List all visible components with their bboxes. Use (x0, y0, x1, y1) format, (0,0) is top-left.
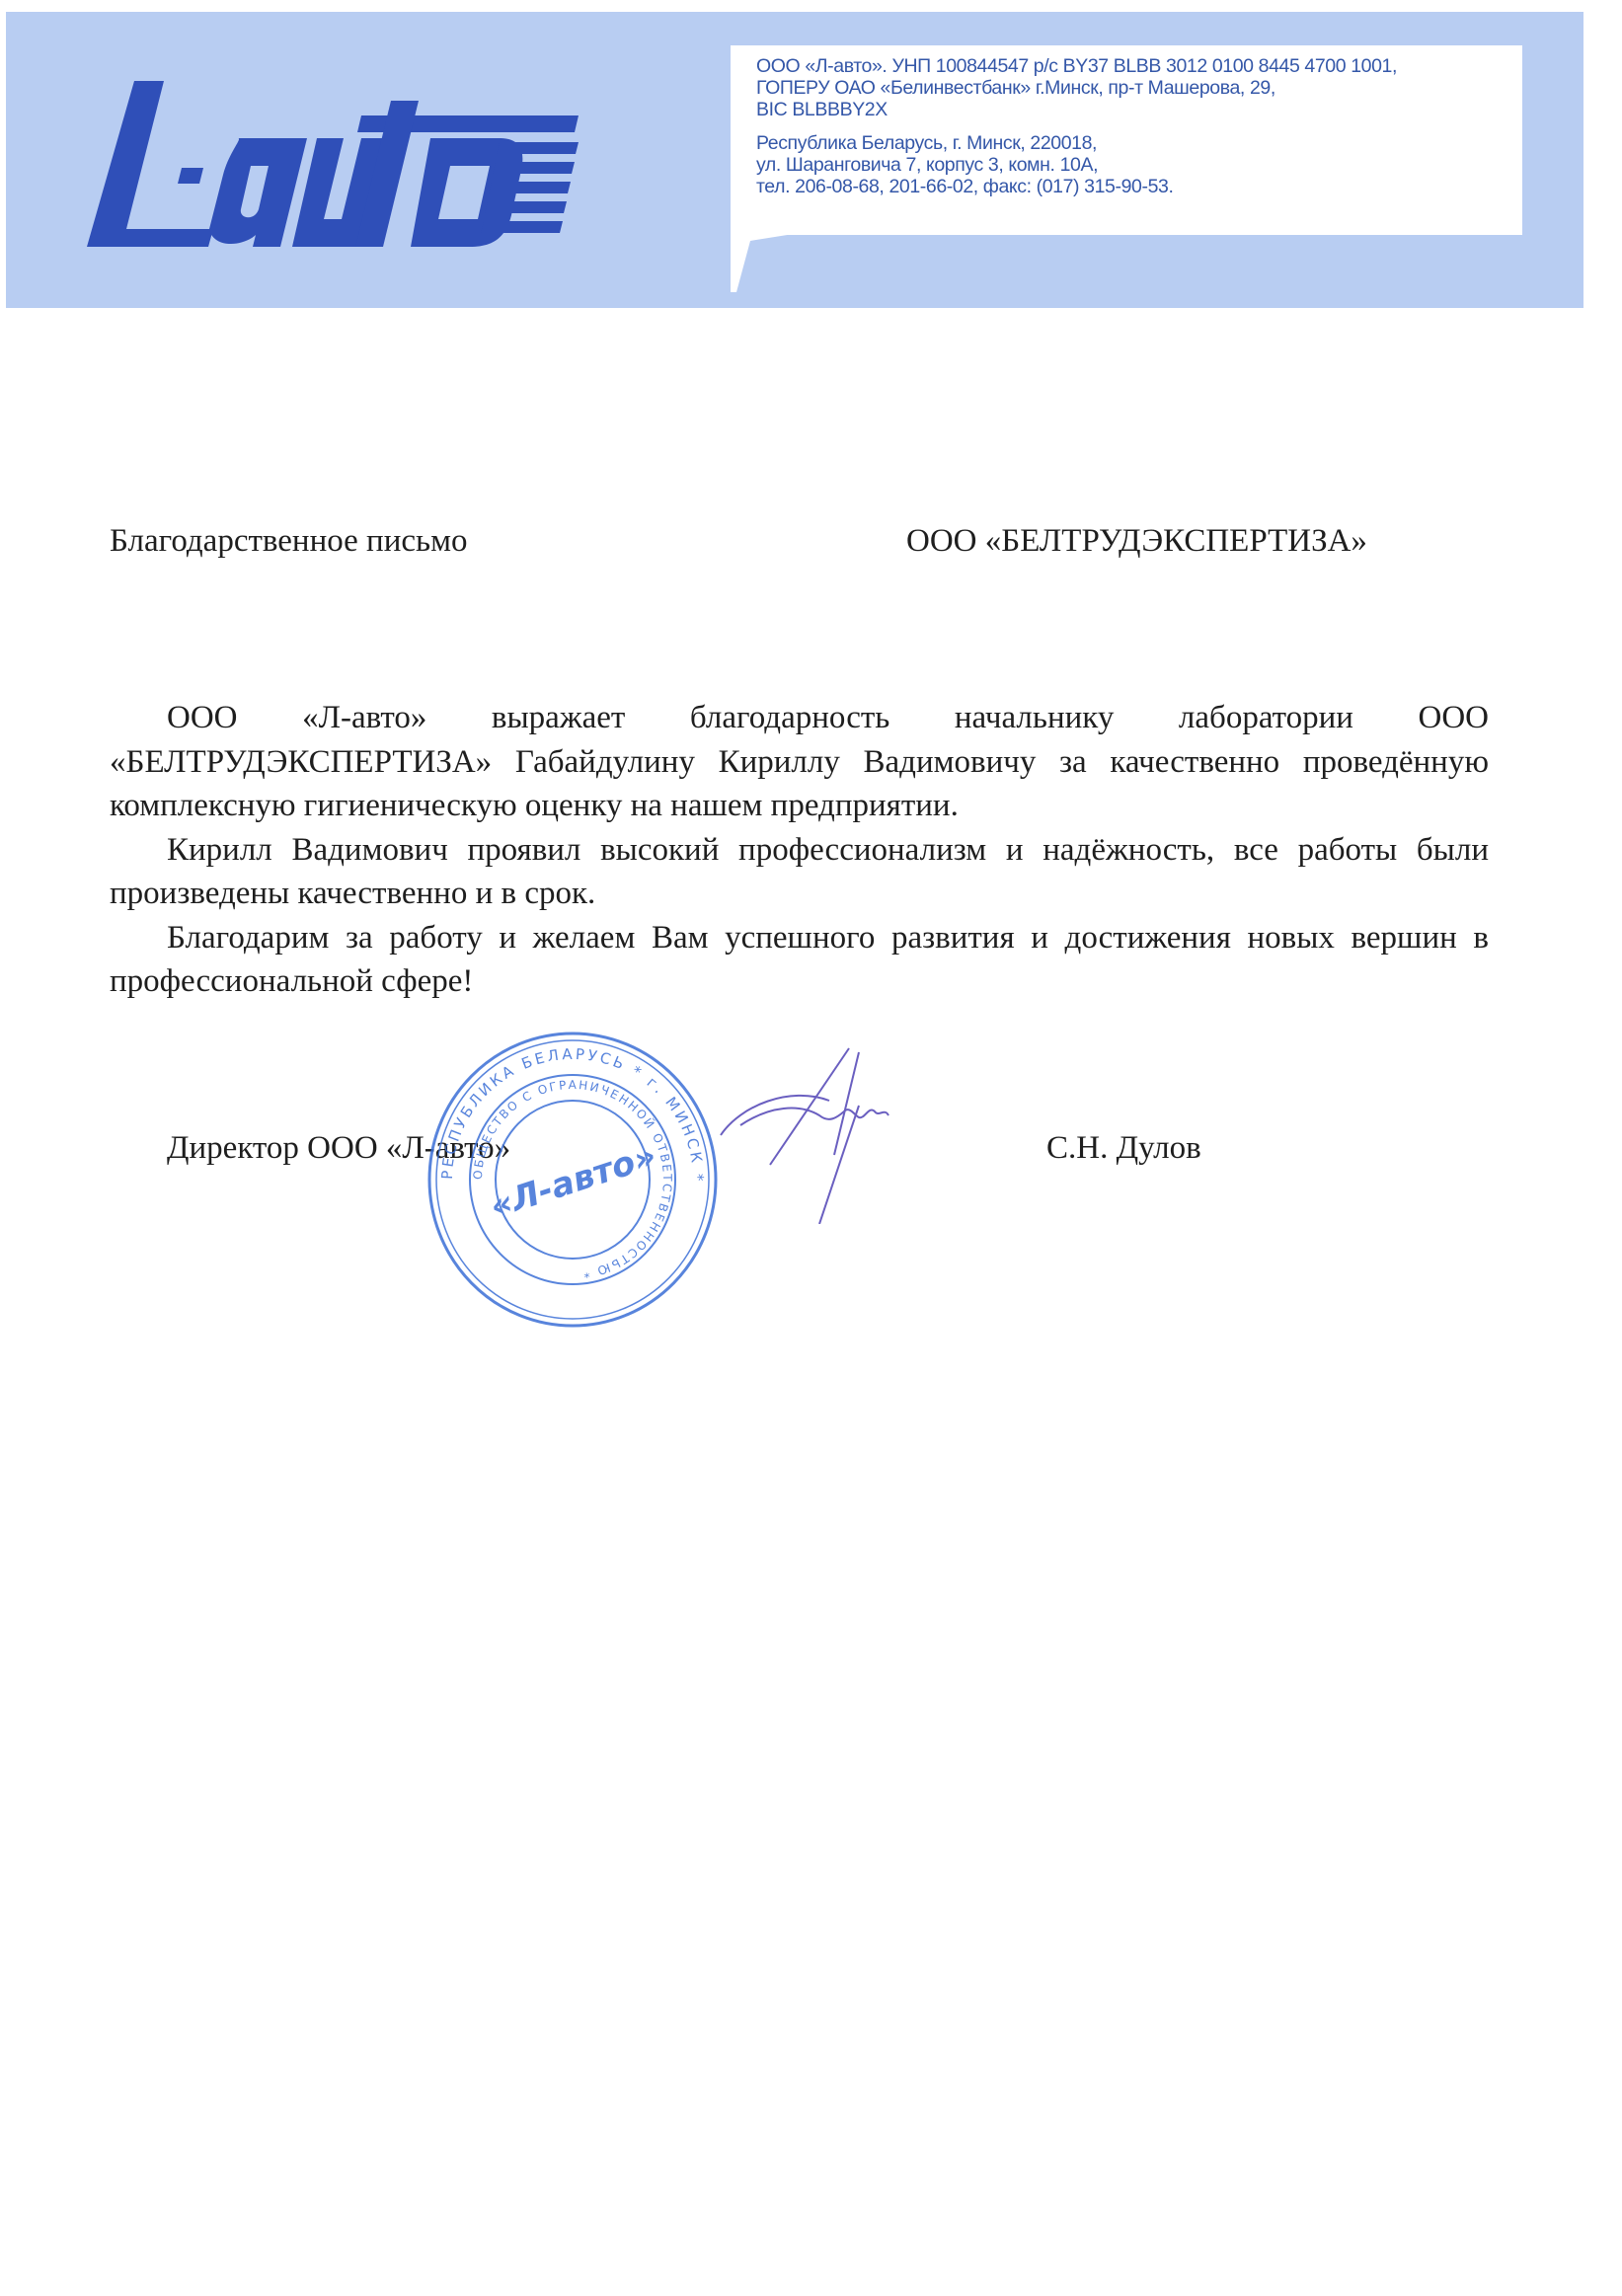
bank-details-line-1: ООО «Л-авто». УНП 100844547 р/с BY37 BLB… (756, 55, 1522, 77)
company-info-box: ООО «Л-авто». УНП 100844547 р/с BY37 BLB… (731, 45, 1522, 235)
bank-details-line-3: BIC BLBBBY2X (756, 99, 1522, 120)
letter-body: ООО «Л-авто» выражает благодарность нача… (110, 696, 1489, 1004)
body-paragraph-1: ООО «Л-авто» выражает благодарность нача… (110, 696, 1489, 828)
address-line-2: ул. Шаранговича 7, корпус 3, комн. 10А, (756, 154, 1522, 176)
body-paragraph-2: Кирилл Вадимович проявил высокий професс… (110, 828, 1489, 916)
address-line-1: Республика Беларусь, г. Минск, 220018, (756, 132, 1522, 154)
recipient-heading: ООО «БЕЛТРУДЭКСПЕРТИЗА» (906, 523, 1367, 560)
company-seal-stamp: РЕСПУБЛИКА БЕЛАРУСЬ * г. МИНСК * ОБЩЕСТВ… (415, 1027, 731, 1333)
address-line-3: тел. 206-08-68, 201-66-02, факс: (017) 3… (756, 176, 1522, 197)
letter-type-heading: Благодарственное письмо (110, 523, 467, 560)
company-logo (65, 81, 579, 254)
handwritten-signature (711, 1046, 928, 1224)
stamp-center-text: «Л-авто» (486, 1136, 661, 1227)
speech-bubble-tail (731, 233, 800, 296)
body-paragraph-3: Благодарим за работу и желаем Вам успешн… (110, 916, 1489, 1004)
signatory-name: С.Н. Дулов (1046, 1130, 1201, 1167)
bank-details-line-2: ГОПЕРУ ОАО «Белинвестбанк» г.Минск, пр-т… (756, 77, 1522, 99)
